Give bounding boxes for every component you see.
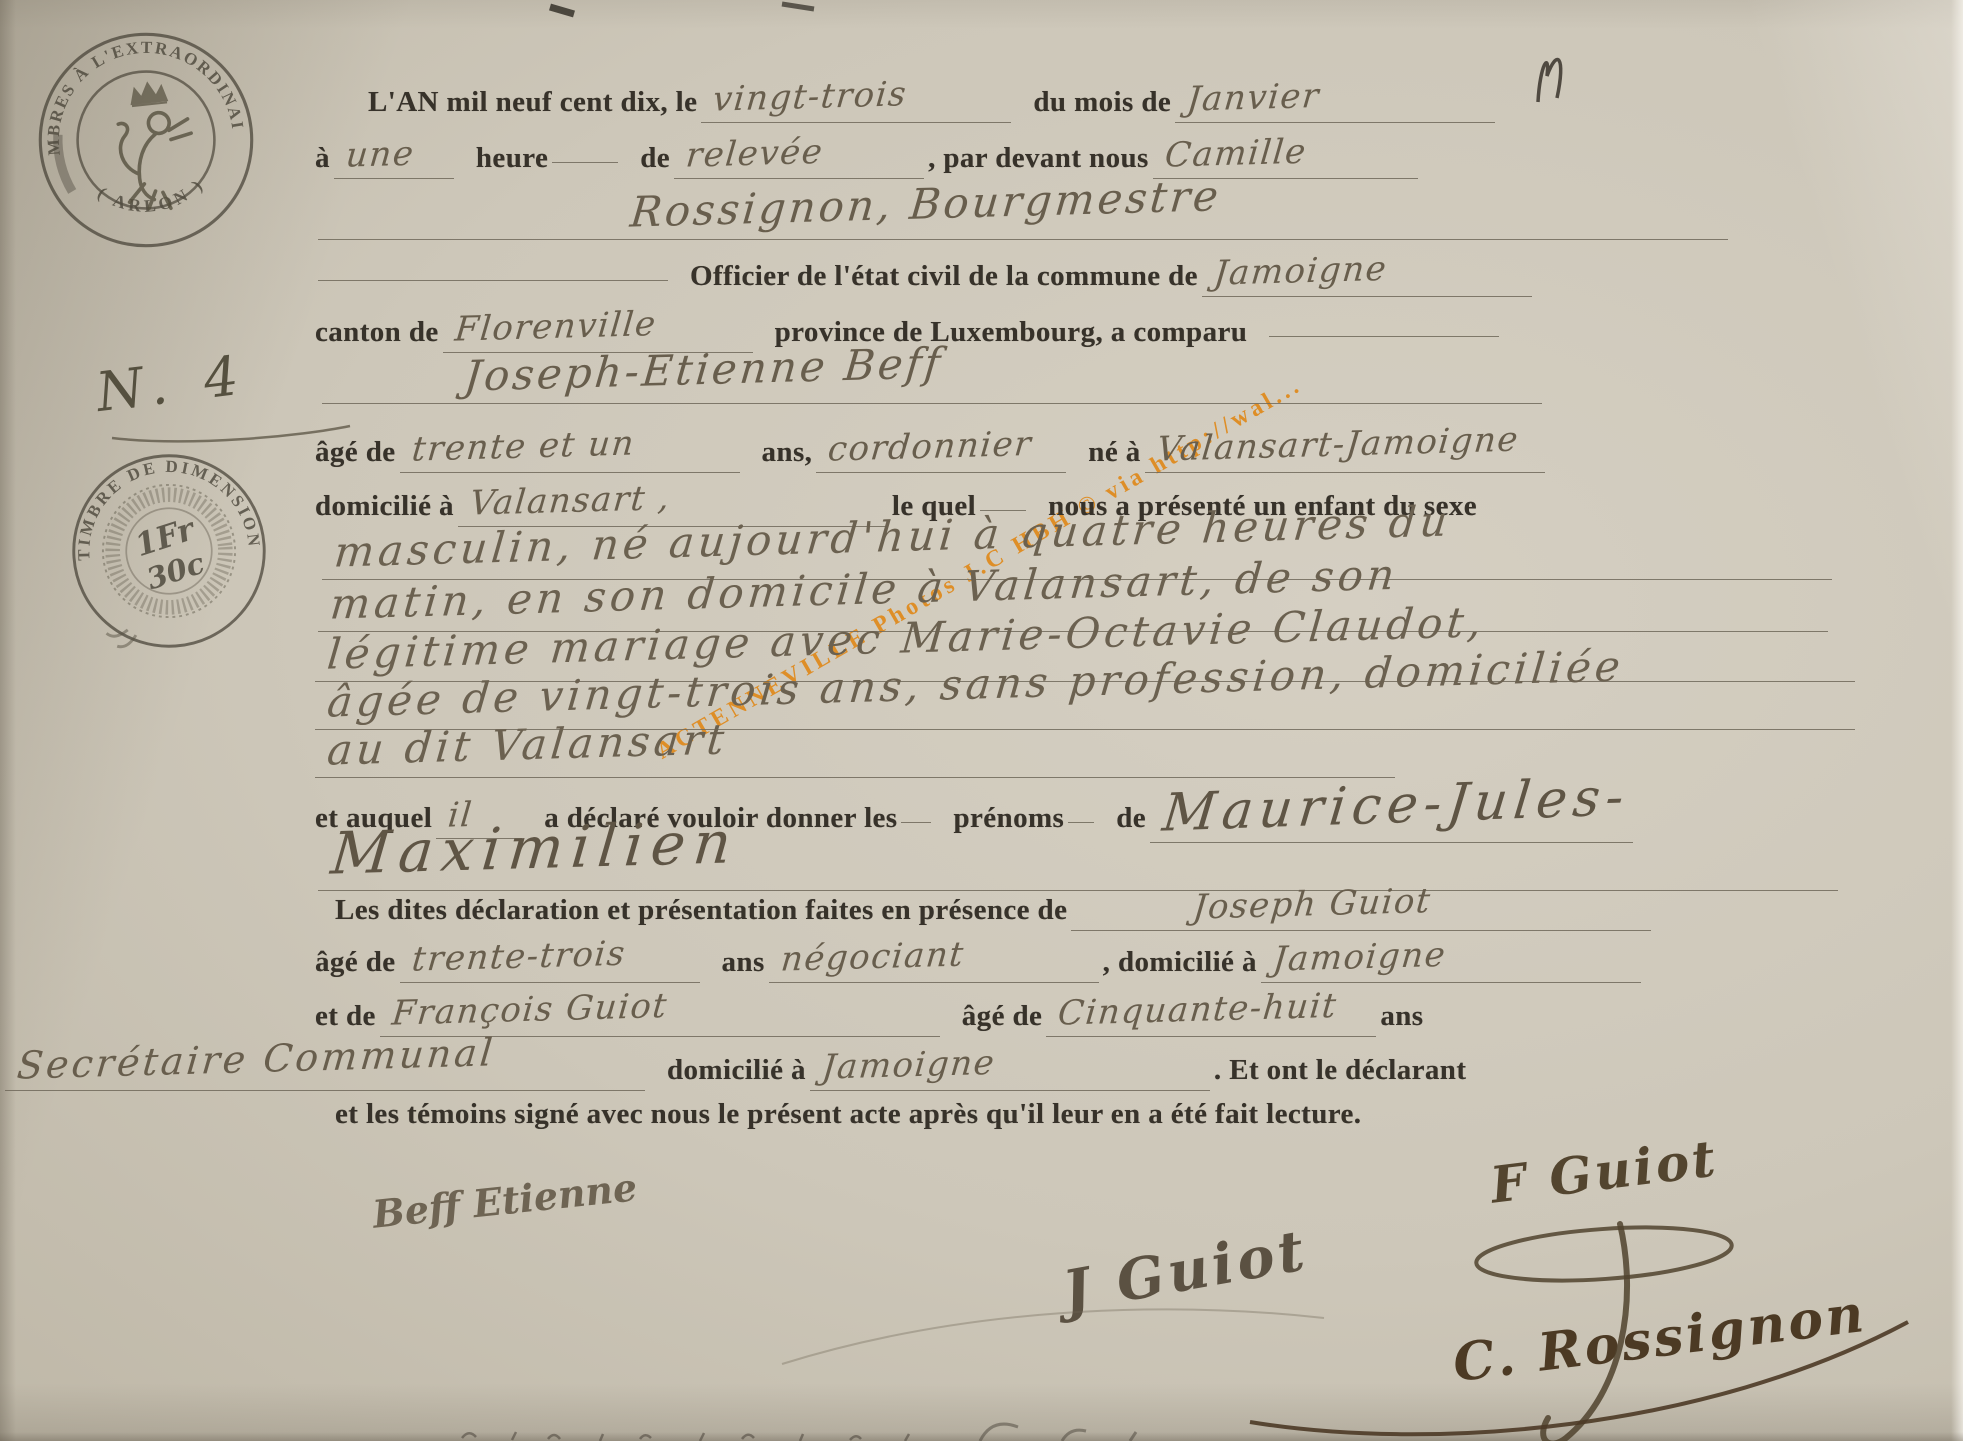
printed-text: à [315, 142, 330, 174]
form-line-15: Maximilien [318, 820, 1838, 891]
witness2-signature-flourish [1475, 1220, 1734, 1288]
signature-witness2: F Guiot [1487, 1128, 1721, 1214]
paper-edge-bottom [0, 1432, 1963, 1441]
printed-text: né à [1088, 436, 1140, 468]
form-line-19: Secrétaire Communal domicilié à Jamoigne… [5, 1044, 1466, 1091]
paper-edge-right [1951, 0, 1963, 1441]
form-line-20: et les témoins signé avec nous le présen… [335, 1098, 1361, 1131]
written-canton: Florenville [443, 304, 665, 352]
printed-text: heure [476, 142, 548, 174]
faint-pencil-curve [782, 1309, 1324, 1364]
written-officer-firstname: Camille [1153, 131, 1315, 178]
written-relevee: relevée [674, 132, 831, 178]
printed-text: , domicilié à [1103, 946, 1257, 978]
written-witness1-name: Joseph Guiot [1181, 881, 1439, 930]
written-witness2-domicile: Jamoigne [810, 1043, 1003, 1090]
written-age: trente et un [400, 423, 643, 472]
printed-text: et les témoins signé avec nous le présen… [335, 1098, 1361, 1130]
written-officer-name: Rossignon, Bourgmestre [618, 171, 1229, 239]
signature-declarant: Beff Etienne [370, 1164, 639, 1237]
printed-text: domicilié à [667, 1054, 806, 1086]
form-line-7: âgé de trente et un ans, cordonnier né à… [315, 430, 1545, 473]
printed-text: ans [1380, 1000, 1423, 1032]
written-day: vingt-trois [701, 74, 915, 122]
written-witness1-profession: négociant [769, 934, 972, 982]
scan-artifact-top-1 [550, 7, 574, 14]
printed-text: âgé de [315, 436, 396, 468]
printed-text: âgé de [962, 1000, 1043, 1032]
form-line-4: Officier de l'état civil de la commune d… [318, 254, 1532, 297]
paper-edge-left [0, 0, 16, 1441]
printed-text: L'AN mil neuf cent dix, le [368, 86, 697, 118]
written-commune: Jamoigne [1202, 249, 1395, 296]
stamp-outer-ring [30, 24, 262, 256]
stamp-dimension: TIMBRE DE DIMENSION 1Fr 30c [59, 441, 279, 661]
form-line-1: L'AN mil neuf cent dix, le vingt-trois d… [368, 80, 1495, 123]
printed-text: Les dites déclaration et présentation fa… [335, 894, 1067, 926]
form-line-17: âgé de trente-trois ans négociant , domi… [315, 940, 1641, 983]
signature-witness1: J Guiot [1058, 1217, 1313, 1325]
written-witness1-age: trente-trois [400, 933, 634, 982]
printed-text: Officier de l'état civil de la commune d… [690, 260, 1198, 292]
form-line-16: Les dites déclaration et présentation fa… [335, 888, 1651, 931]
stamp-extraordinaire-arlon: TIMBRES À L'EXTRAORDINAIRE ( ARLON ) [21, 15, 272, 266]
printed-text: ans, [762, 436, 813, 468]
printed-text: de [640, 142, 670, 174]
printed-text: , par devant nous [928, 142, 1149, 174]
form-line-6: Joseph-Etienne Beff [322, 352, 1542, 404]
birth-certificate-scan: TIMBRES À L'EXTRAORDINAIRE ( ARLON ) N. … [0, 0, 1963, 1441]
form-line-2: à une heure de relevée , par devant nous… [315, 136, 1418, 179]
form-line-3: Rossignon, Bourgmestre [318, 188, 1728, 240]
written-month: Janvier [1175, 76, 1328, 122]
form-line-13: au dit Valansart [315, 726, 1395, 778]
written-hour: une [334, 134, 422, 178]
written-witness2-age: Cinquante-huit [1046, 986, 1345, 1036]
printed-text: du mois de [1033, 86, 1171, 118]
written-witness1-domicile: Jamoigne [1261, 935, 1454, 982]
printed-text: âgé de [315, 946, 396, 978]
printed-text: canton de [315, 316, 439, 348]
printed-text: . Et ont le déclarant [1214, 1054, 1466, 1086]
pen-mark-top-right [1538, 60, 1561, 102]
scan-artifact-top-2 [782, 4, 814, 9]
written-witness2-name: François Guiot [380, 986, 676, 1036]
written-firstnames-2: Maximilien [318, 808, 748, 890]
printed-text: domicilié à [315, 490, 454, 522]
written-witness2-profession: Secrétaire Communal [5, 1030, 503, 1090]
printed-text: ans [722, 946, 765, 978]
act-number: N. 4 [93, 343, 252, 424]
written-body-text: au dit Valansart [315, 714, 736, 777]
signature-officer: C. Rossignon [1450, 1283, 1870, 1394]
written-profession: cordonnier [816, 424, 1040, 472]
printed-text: et de [315, 1000, 376, 1032]
